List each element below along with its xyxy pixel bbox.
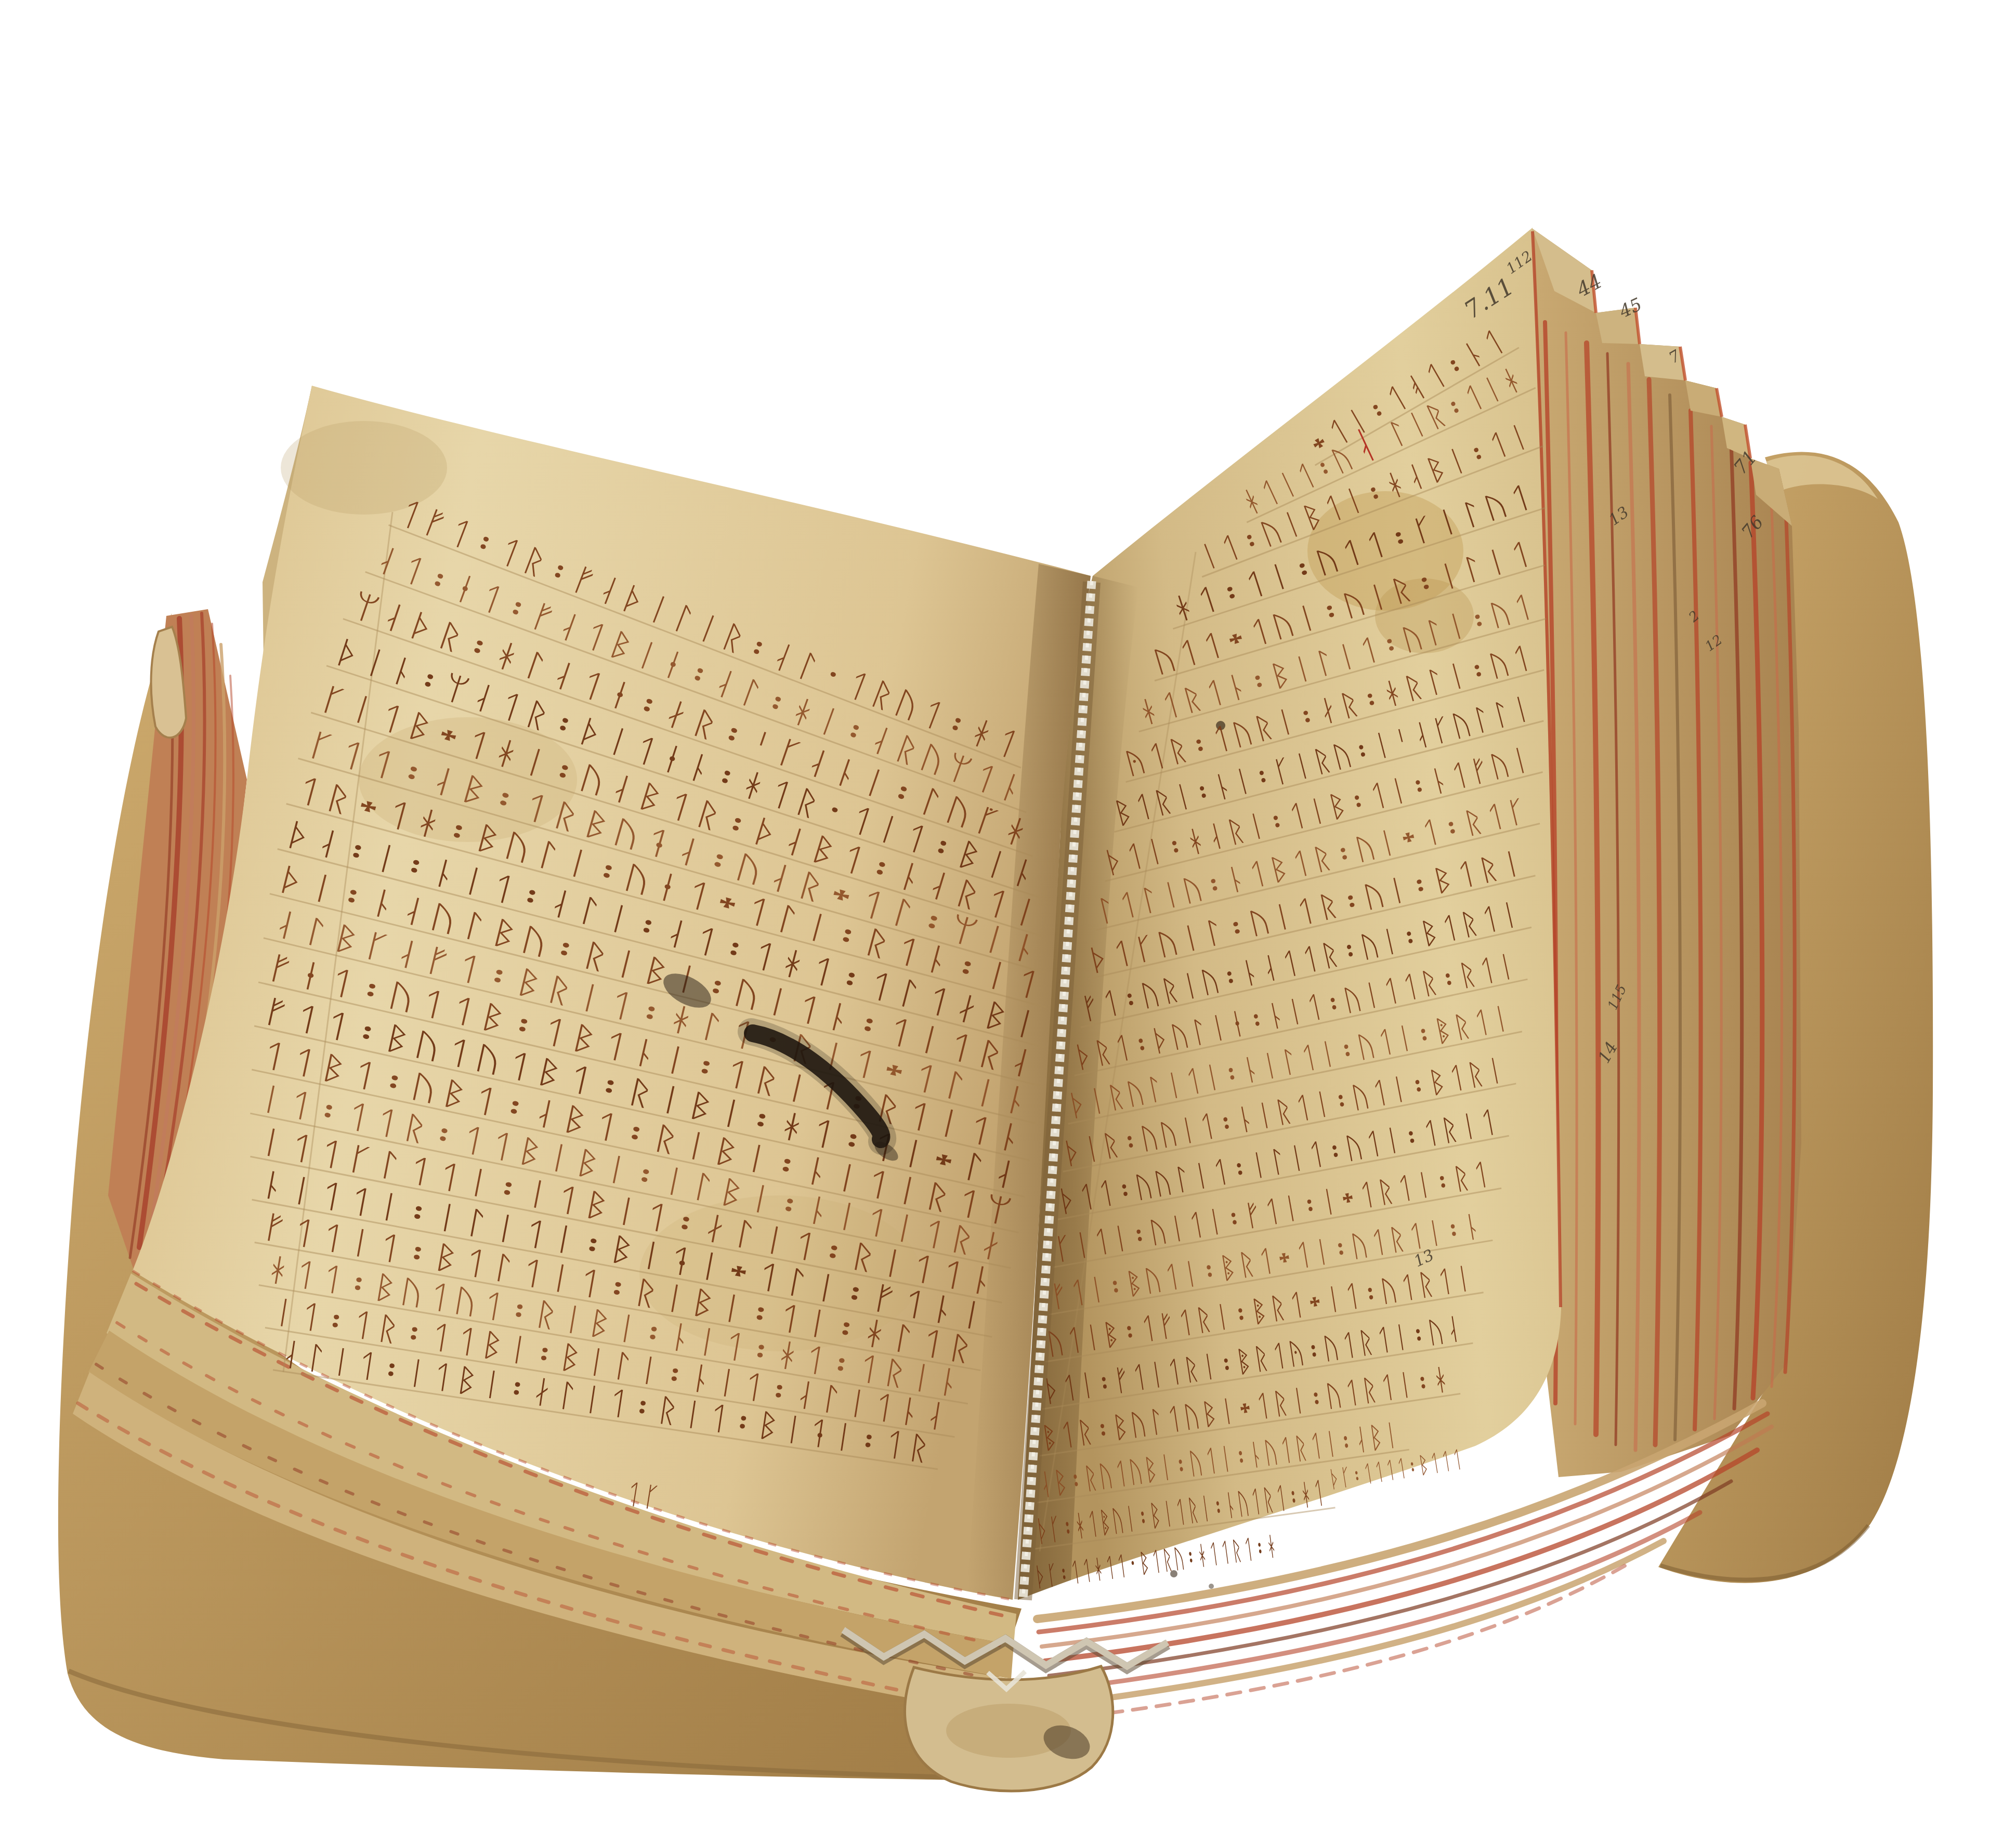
right-page: ᛭ᛐᛁ᛬ᛐᚮᛐ᛬ᚿᛐ ᚼᛐᛁᛐ᛬ᚢ ᛆ ᛚᛁᚱ᛬ᛐᛁᚼ ᛁᛐ᛬ᚢᛁᛒᛐᛁ᛬ᚼᛆᛒ…: [1018, 228, 1561, 1600]
right-edge-stack: [1530, 229, 1801, 1477]
dark-speck: [1209, 1584, 1214, 1589]
manuscript-photo: ᛐᚠᛐ᛬ᛐᚱ᛬ᚠᛆᚦᛁᛚᛁᚱ᛬ᛆᛚ᛫ᛐᚱᚢᛐ᛬ᚼᛐ ᛆᛐ᛬ᚽᛐ᛬ᚠᛆᛐᛒᛁᚽ᛬ᛆ…: [0, 0, 2016, 1830]
tail-runes: ᛐᚴ: [623, 1478, 664, 1515]
photo-frame: ᛐᚠᛐ᛬ᛐᚱ᛬ᚠᛆᚦᛁᛚᛁᚱ᛬ᛆᛚ᛫ᛐᚱᚢᛐ᛬ᚼᛐ ᛆᛐ᛬ᚽᛐ᛬ᚠᛆᛐᛒᛁᚽ᛬ᛆ…: [0, 0, 2016, 1830]
